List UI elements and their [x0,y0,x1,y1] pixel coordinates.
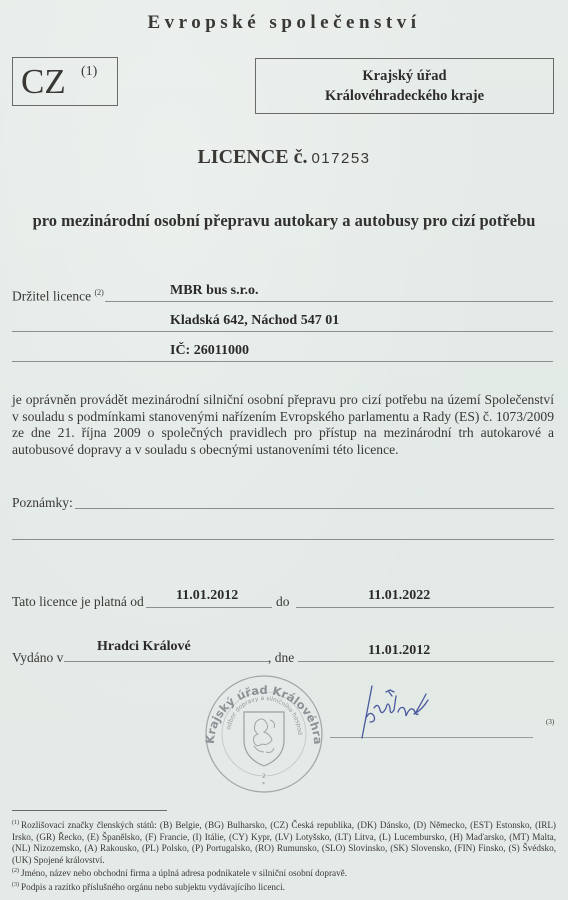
issued-date: 11.01.2012 [368,643,430,659]
footnote-1-text: Rozlišovací značky členských států: (B) … [12,820,556,865]
country-code-box: CZ (1) [12,57,118,106]
footnote-1-ref: (1) [12,820,19,826]
valid-to-line [296,607,554,608]
stamp-seal-icon: Krajský úřad Královéhradeckého kraje odb… [200,672,328,794]
holder-address: Kladská 642, Náchod 547 01 [170,313,339,329]
footnote-2-ref: (2) [12,868,19,874]
holder-label: Držitel licence (2) [12,288,104,305]
signature [350,678,440,740]
holder-address-line [12,331,553,332]
valid-from-date: 11.01.2012 [176,588,238,604]
valid-from-label: Tato licence je platná od [12,594,144,610]
holder-id-line [12,361,553,362]
holder-name: MBR bus s.r.o. [170,283,259,299]
authority-line-1: Krajský úřad [256,66,553,86]
footnote-3-text: Podpis a razítko příslušného orgánu nebo… [21,882,285,892]
holder-id: IČ: 26011000 [170,343,249,359]
footnote-3: (3)Podpis a razítko příslušného orgánu n… [12,880,556,894]
handwritten-signature-icon [350,678,440,740]
svg-text:*: * [262,781,265,788]
official-stamp: Krajský úřad Královéhradeckého kraje odb… [200,672,328,794]
notes-label: Poznámky: [12,495,73,511]
footnote-3-ref: (3) [12,882,19,888]
issuing-authority-box: Krajský úřad Královéhradeckého kraje [255,58,554,114]
svg-text:2: 2 [262,773,266,780]
holder-label-text: Držitel licence [12,289,91,304]
notes-line-2 [12,539,554,540]
valid-to-label: do [276,594,290,610]
holder-name-line [105,301,553,302]
holder-footnote-ref: (2) [94,288,103,297]
valid-to-date: 11.01.2022 [368,588,430,604]
authority-line-2: Královéhradeckého kraje [256,86,553,106]
licence-number: 017253 [311,150,370,167]
issued-place-label: Vydáno v [12,650,63,666]
footnote-2: (2)Jméno, název nebo obchodní firma a úp… [12,866,556,880]
footnote-separator [12,810,167,811]
country-code-footnote-ref: (1) [81,64,97,80]
svg-text:Krajský úřad Královéhradeckého: Krajský úřad Královéhradeckého kraje [200,672,325,745]
signature-footnote-ref: (3) [546,718,554,726]
authorization-paragraph: je oprávněn provádět mezinárodní silničn… [12,392,554,458]
issued-date-label: , dne [268,650,294,666]
footnotes: (1)Rozlišovací značky členských států: (… [12,818,556,894]
document-header-title: Evropské společenství [0,12,568,34]
issued-place: Hradci Králové [97,639,191,655]
country-code: CZ [21,62,66,102]
footnote-2-text: Jméno, název nebo obchodní firma a úplná… [21,869,347,879]
footnote-1: (1)Rozlišovací značky členských států: (… [12,818,556,866]
licence-title: LICENCE č. 017253 [0,146,568,169]
issued-place-line [64,661,270,662]
issued-date-line [298,661,554,662]
valid-from-line [146,607,272,608]
licence-document: Evropské společenství CZ (1) Krajský úřa… [0,0,568,900]
notes-line-1 [75,508,554,509]
licence-subtitle: pro mezinárodní osobní přepravu autokary… [0,211,568,231]
licence-label: LICENCE č. [197,146,307,168]
